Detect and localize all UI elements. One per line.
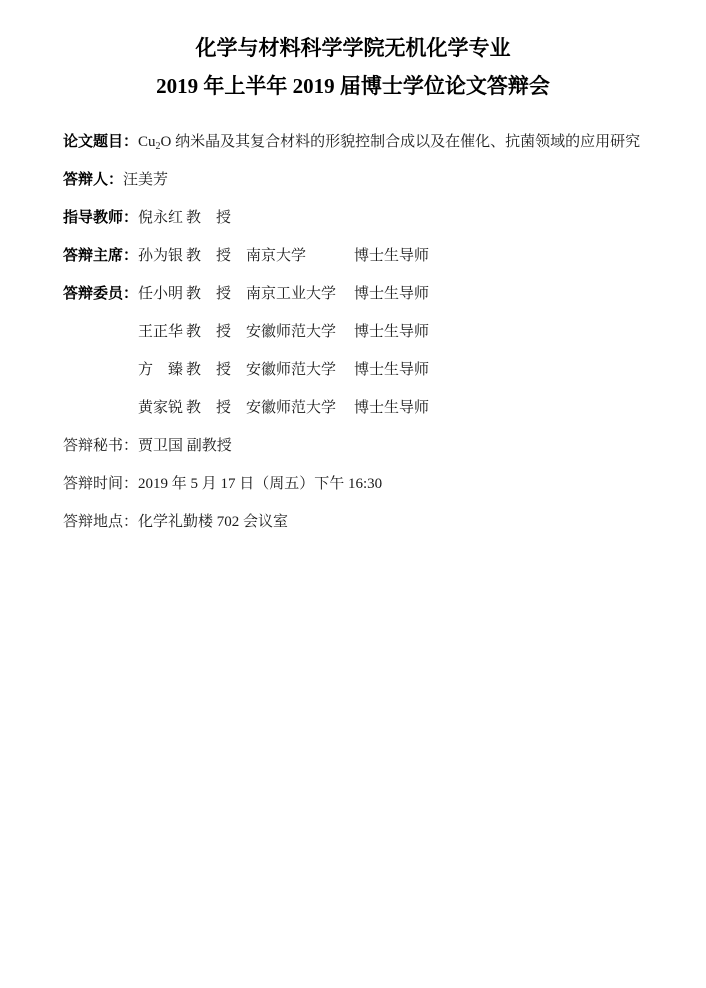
defender-row: 答辩人：汪美芳 [63,161,666,199]
member-title: 教 授 [186,275,246,313]
chair-name: 孙为银 [138,237,186,275]
thesis-title-label: 论文题目： [63,134,138,150]
location-label: 答辩地点： [63,514,138,530]
member-title: 教 授 [186,313,246,351]
thesis-title-row: 论文题目：Cu2O 纳米晶及其复合材料的形貌控制合成以及在催化、抗菌领域的应用研… [63,123,666,161]
location-row: 答辩地点：化学礼勤楼 702 会议室 [63,503,666,541]
document-body: 论文题目：Cu2O 纳米晶及其复合材料的形貌控制合成以及在催化、抗菌领域的应用研… [63,123,666,541]
member-university: 安徽师范大学 [246,351,354,389]
committee-member-row: 王正华 教 授 安徽师范大学 博士生导师 [63,313,666,351]
advisor-row: 指导教师： 倪永红 教 授 [63,199,666,237]
member-role: 博士生导师 [354,389,429,427]
member-role: 博士生导师 [354,275,429,313]
chair-label: 答辩主席： [63,237,138,275]
member-name: 方 臻 [138,351,186,389]
member-name: 任小明 [138,275,186,313]
document-title-line1: 化学与材料科学学院无机化学专业 [0,29,706,67]
secretary-row: 答辩秘书：贾卫国 副教授 [63,427,666,465]
member-university: 安徽师范大学 [246,389,354,427]
chair-role: 博士生导师 [354,237,429,275]
time-row: 答辩时间：2019 年 5 月 17 日（周五）下午 16:30 [63,465,666,503]
committee-member-row: 黄家锐 教 授 安徽师范大学 博士生导师 [63,389,666,427]
thesis-title-value-rest: O 纳米晶及其复合材料的形貌控制合成以及在催化、抗菌领域的应用研究 [161,134,641,150]
defender-name: 汪美芳 [123,172,168,188]
secretary-value: 贾卫国 副教授 [138,438,232,454]
committee-label: 答辩委员： [63,275,138,313]
chair-university: 南京大学 [246,237,354,275]
defender-label: 答辩人： [63,172,123,188]
advisor-name: 倪永红 [138,199,186,237]
chair-row: 答辩主席： 孙为银 教 授 南京大学 博士生导师 [63,237,666,275]
member-name: 黄家锐 [138,389,186,427]
member-title: 教 授 [186,389,246,427]
thesis-title-value-pre: Cu [138,134,156,150]
member-role: 博士生导师 [354,313,429,351]
document-page: 化学与材料科学学院无机化学专业 2019 年上半年 2019 届博士学位论文答辩… [0,0,706,988]
time-label: 答辩时间： [63,476,138,492]
document-title-line2: 2019 年上半年 2019 届博士学位论文答辩会 [0,67,706,105]
member-name: 王正华 [138,313,186,351]
member-university: 南京工业大学 [246,275,354,313]
secretary-label: 答辩秘书： [63,438,138,454]
time-value: 2019 年 5 月 17 日（周五）下午 16:30 [138,476,382,492]
advisor-title: 教 授 [186,199,246,237]
location-value: 化学礼勤楼 702 会议室 [138,514,288,530]
committee-member-row: 答辩委员： 任小明 教 授 南京工业大学 博士生导师 [63,275,666,313]
advisor-label: 指导教师： [63,199,138,237]
member-role: 博士生导师 [354,351,429,389]
member-university: 安徽师范大学 [246,313,354,351]
committee-member-row: 方 臻 教 授 安徽师范大学 博士生导师 [63,351,666,389]
member-title: 教 授 [186,351,246,389]
chair-title: 教 授 [186,237,246,275]
